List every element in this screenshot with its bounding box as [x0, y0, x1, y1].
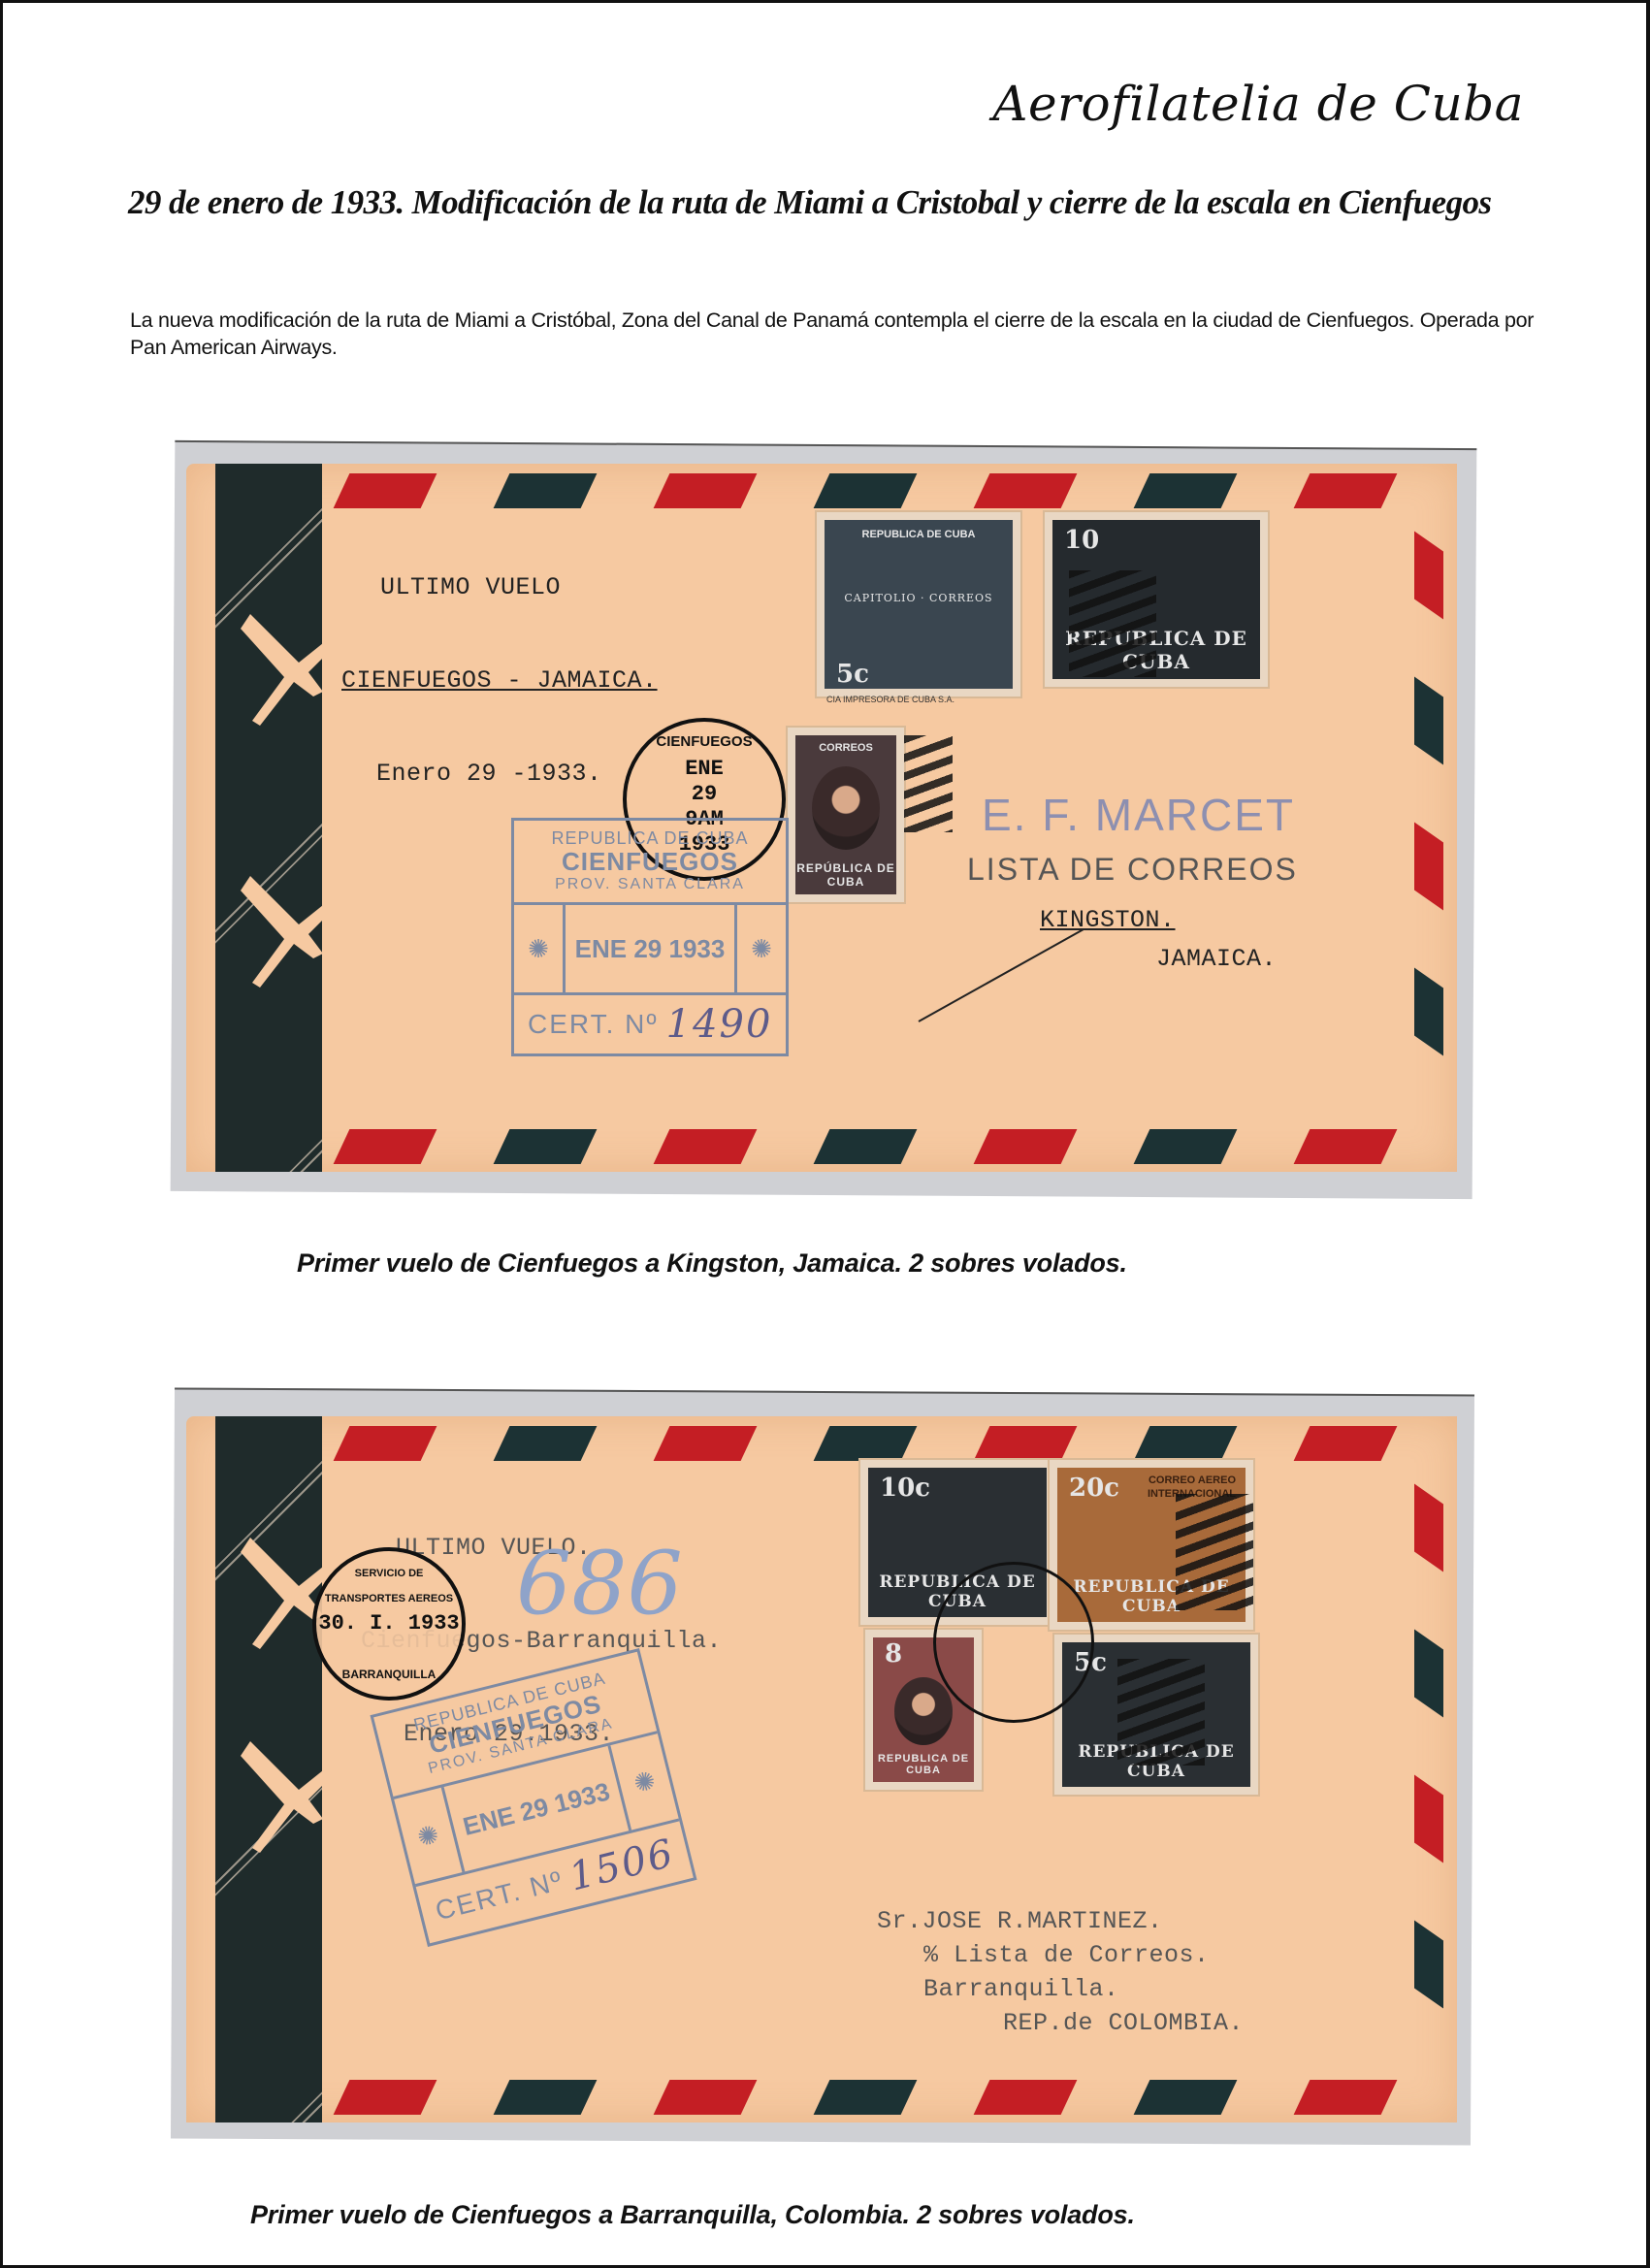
- page-border: [0, 0, 1650, 3]
- airmail-stripe: [494, 473, 598, 508]
- cover-caption: Primer vuelo de Cienfuegos a Barranquill…: [250, 2200, 1135, 2230]
- airmail-stripe: [1414, 1920, 1443, 2008]
- airplane-icon: [231, 1736, 328, 1863]
- airmail-stripe: [974, 1426, 1078, 1461]
- page-border: [1646, 0, 1650, 2268]
- airmail-stripe: [334, 1426, 437, 1461]
- airmail-stripe: [1134, 2080, 1238, 2115]
- airmail-stripe: [1134, 1129, 1238, 1164]
- airmail-stripe: [494, 2080, 598, 2115]
- airmail-border-top: [322, 473, 1457, 508]
- airmail-border-bottom: [322, 2080, 1457, 2115]
- site-title: Aerofilatelia de Cuba: [992, 76, 1524, 132]
- addressee-line: LISTA DE CORREOS: [967, 852, 1298, 888]
- airmail-border-right: [1414, 522, 1443, 1114]
- address-line: Sr.JOSE R.MARTINEZ.: [877, 1906, 1163, 1937]
- postmark-barranquilla: SERVICIO DE TRANSPORTES AEREOS 30. I. 19…: [312, 1547, 466, 1701]
- stamp-capitolio-5c: REPUBLICA DE CUBA CAPITOLIO · CORREOS 5c: [817, 512, 1020, 697]
- airmail-stripe: [1294, 1426, 1398, 1461]
- airmail-stripe: [1414, 1629, 1443, 1717]
- airmail-border-bottom: [322, 1129, 1457, 1164]
- registration-cachet: REPUBLICA DE CUBA CIENFUEGOS PROV. SANTA…: [511, 818, 789, 1056]
- cover-kingston: ULTIMO VUELO CIENFUEGOS - JAMAICA. Enero…: [186, 464, 1457, 1172]
- airmail-stripe: [654, 1426, 758, 1461]
- airmail-stripe: [814, 1129, 918, 1164]
- page-border: [0, 0, 3, 2268]
- airmail-stripe: [334, 1129, 437, 1164]
- address-line: % Lista de Correos.: [923, 1940, 1210, 1971]
- stamp-portrait-3c: CORREOS REPÚBLICA DE CUBA: [788, 728, 904, 902]
- airmail-stripe: [814, 2080, 918, 2115]
- airmail-stripe: [1294, 473, 1398, 508]
- airmail-stripe: [1134, 473, 1238, 508]
- gear-icon: ✺: [737, 905, 786, 992]
- airmail-border-right: [1414, 1474, 1443, 2064]
- airmail-stripe: [1414, 822, 1443, 910]
- airmail-stripe: [1294, 1129, 1398, 1164]
- address-line: Barranquilla.: [923, 1974, 1119, 2005]
- airmail-stripe: [654, 473, 758, 508]
- address-line: JAMAICA.: [1156, 944, 1277, 975]
- cover-caption: Primer vuelo de Cienfuegos a Kingston, J…: [297, 1248, 1127, 1279]
- airmail-stripe: [814, 473, 918, 508]
- cancellation-bars: [1069, 570, 1156, 677]
- airmail-stripe: [814, 1426, 918, 1461]
- cachet-line: Enero 29 -1933.: [341, 759, 658, 790]
- airmail-stripe: [1414, 531, 1443, 619]
- airmail-stripe: [334, 2080, 437, 2115]
- address-line: REP.de COLOMBIA.: [1003, 2008, 1244, 2039]
- airmail-stripe: [1134, 1426, 1238, 1461]
- airmail-stripe: [1294, 2080, 1398, 2115]
- gear-icon: ✺: [514, 905, 563, 992]
- pen-stroke: [914, 920, 1088, 1026]
- airmail-stripe: [974, 2080, 1078, 2115]
- airmail-stripe: [1414, 1483, 1443, 1571]
- airmail-stripe: [1414, 1774, 1443, 1863]
- intro-paragraph: La nueva modificación de la ruta de Miam…: [130, 307, 1546, 361]
- airmail-side-band: [215, 464, 322, 1172]
- cachet: ULTIMO VUELO CIENFUEGOS - JAMAICA. Enero…: [341, 510, 658, 852]
- airplane-icon: [231, 871, 328, 997]
- page-headline: 29 de enero de 1933. Modificación de la …: [128, 182, 1544, 223]
- airplane-icon: [231, 609, 328, 735]
- cancellation-bars: [904, 735, 953, 832]
- postmark-cienfuegos: [933, 1562, 1094, 1723]
- addressee-name: E. F. MARCET: [982, 789, 1295, 841]
- cover-barranquilla: ULTIMO VUELO. Cienfuegos-Barranquilla. E…: [186, 1416, 1457, 2122]
- airmail-stripe: [334, 473, 437, 508]
- airmail-side-band: [215, 1416, 322, 2122]
- airmail-stripe: [974, 473, 1078, 508]
- handwritten-number: 686: [516, 1533, 683, 1635]
- airmail-stripe: [494, 1426, 598, 1461]
- cancellation-bars: [1117, 1659, 1205, 1766]
- airmail-border-top: [322, 1426, 1457, 1461]
- cachet-line: CIENFUEGOS - JAMAICA.: [341, 665, 658, 697]
- airmail-stripe: [494, 1129, 598, 1164]
- airmail-stripe: [1414, 967, 1443, 1055]
- airmail-stripe: [654, 2080, 758, 2115]
- airmail-stripe: [974, 1129, 1078, 1164]
- airmail-stripe: [1414, 676, 1443, 764]
- cachet-line: ULTIMO VUELO: [341, 572, 658, 603]
- printer-imprint: CIA IMPRESORA DE CUBA S.A.: [826, 695, 954, 704]
- cancellation-bars: [1176, 1494, 1253, 1610]
- airmail-stripe: [654, 1129, 758, 1164]
